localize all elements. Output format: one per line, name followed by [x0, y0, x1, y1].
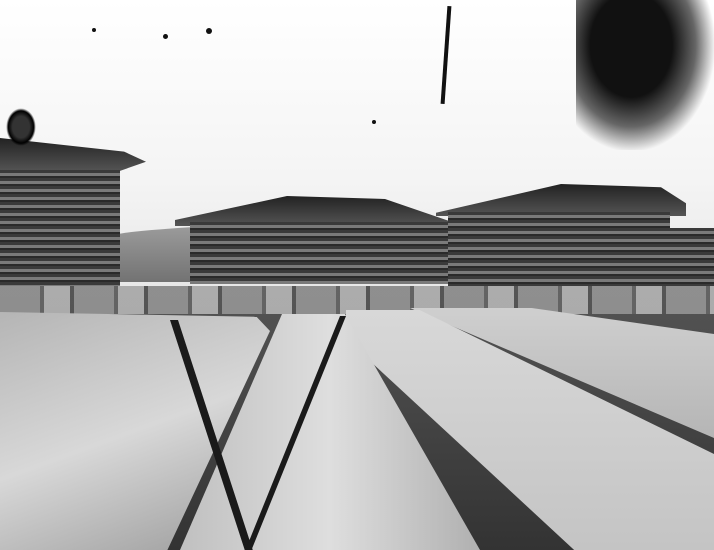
film-stain [576, 0, 714, 150]
dust-spot [206, 28, 212, 34]
lumber-stack [665, 228, 714, 290]
dust-spot [372, 120, 376, 124]
lumber-stack [0, 170, 120, 290]
lumber-stack [190, 222, 450, 284]
lumber-stack [448, 212, 670, 294]
film-spot [6, 108, 36, 146]
photo-scene [0, 0, 714, 550]
dust-spot [92, 28, 96, 32]
plank-ends-row [0, 286, 714, 314]
dust-spot [163, 34, 168, 39]
